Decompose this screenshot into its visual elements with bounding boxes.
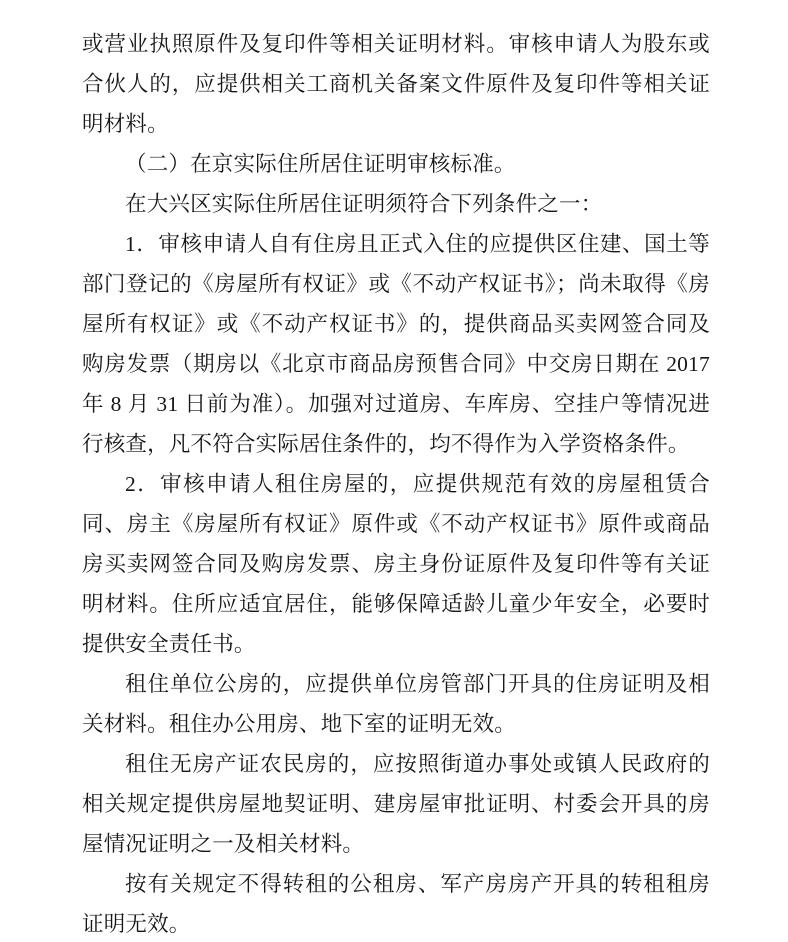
paragraph-continuation: 或营业执照原件及复印件等相关证明材料。审核申请人为股东或合伙人的，应提供相关工商… — [82, 24, 710, 144]
paragraph-item-1-owned-housing: 1．审核申请人自有住房且正式入住的应提供区住建、国土等部门登记的《房屋所有权证》… — [82, 224, 710, 464]
paragraph-sublet-invalid: 按有关规定不得转租的公租房、军产房房产开具的转租租房证明无效。 — [82, 864, 710, 942]
paragraph-intro-conditions: 在大兴区实际住所居住证明须符合下列条件之一： — [82, 184, 710, 224]
paragraph-item-2-rented-housing: 2．审核申请人租住房屋的，应提供规范有效的房屋租赁合同、房主《房屋所有权证》原件… — [82, 464, 710, 664]
section-heading: （二）在京实际住所居住证明审核标准。 — [82, 144, 710, 184]
document-page: 或营业执照原件及复印件等相关证明材料。审核申请人为股东或合伙人的，应提供相关工商… — [0, 0, 788, 942]
paragraph-unit-public-housing: 租住单位公房的，应提供单位房管部门开具的住房证明及相关材料。租住办公用房、地下室… — [82, 664, 710, 744]
paragraph-farmer-housing: 租住无房产证农民房的，应按照街道办事处或镇人民政府的相关规定提供房屋地契证明、建… — [82, 744, 710, 864]
